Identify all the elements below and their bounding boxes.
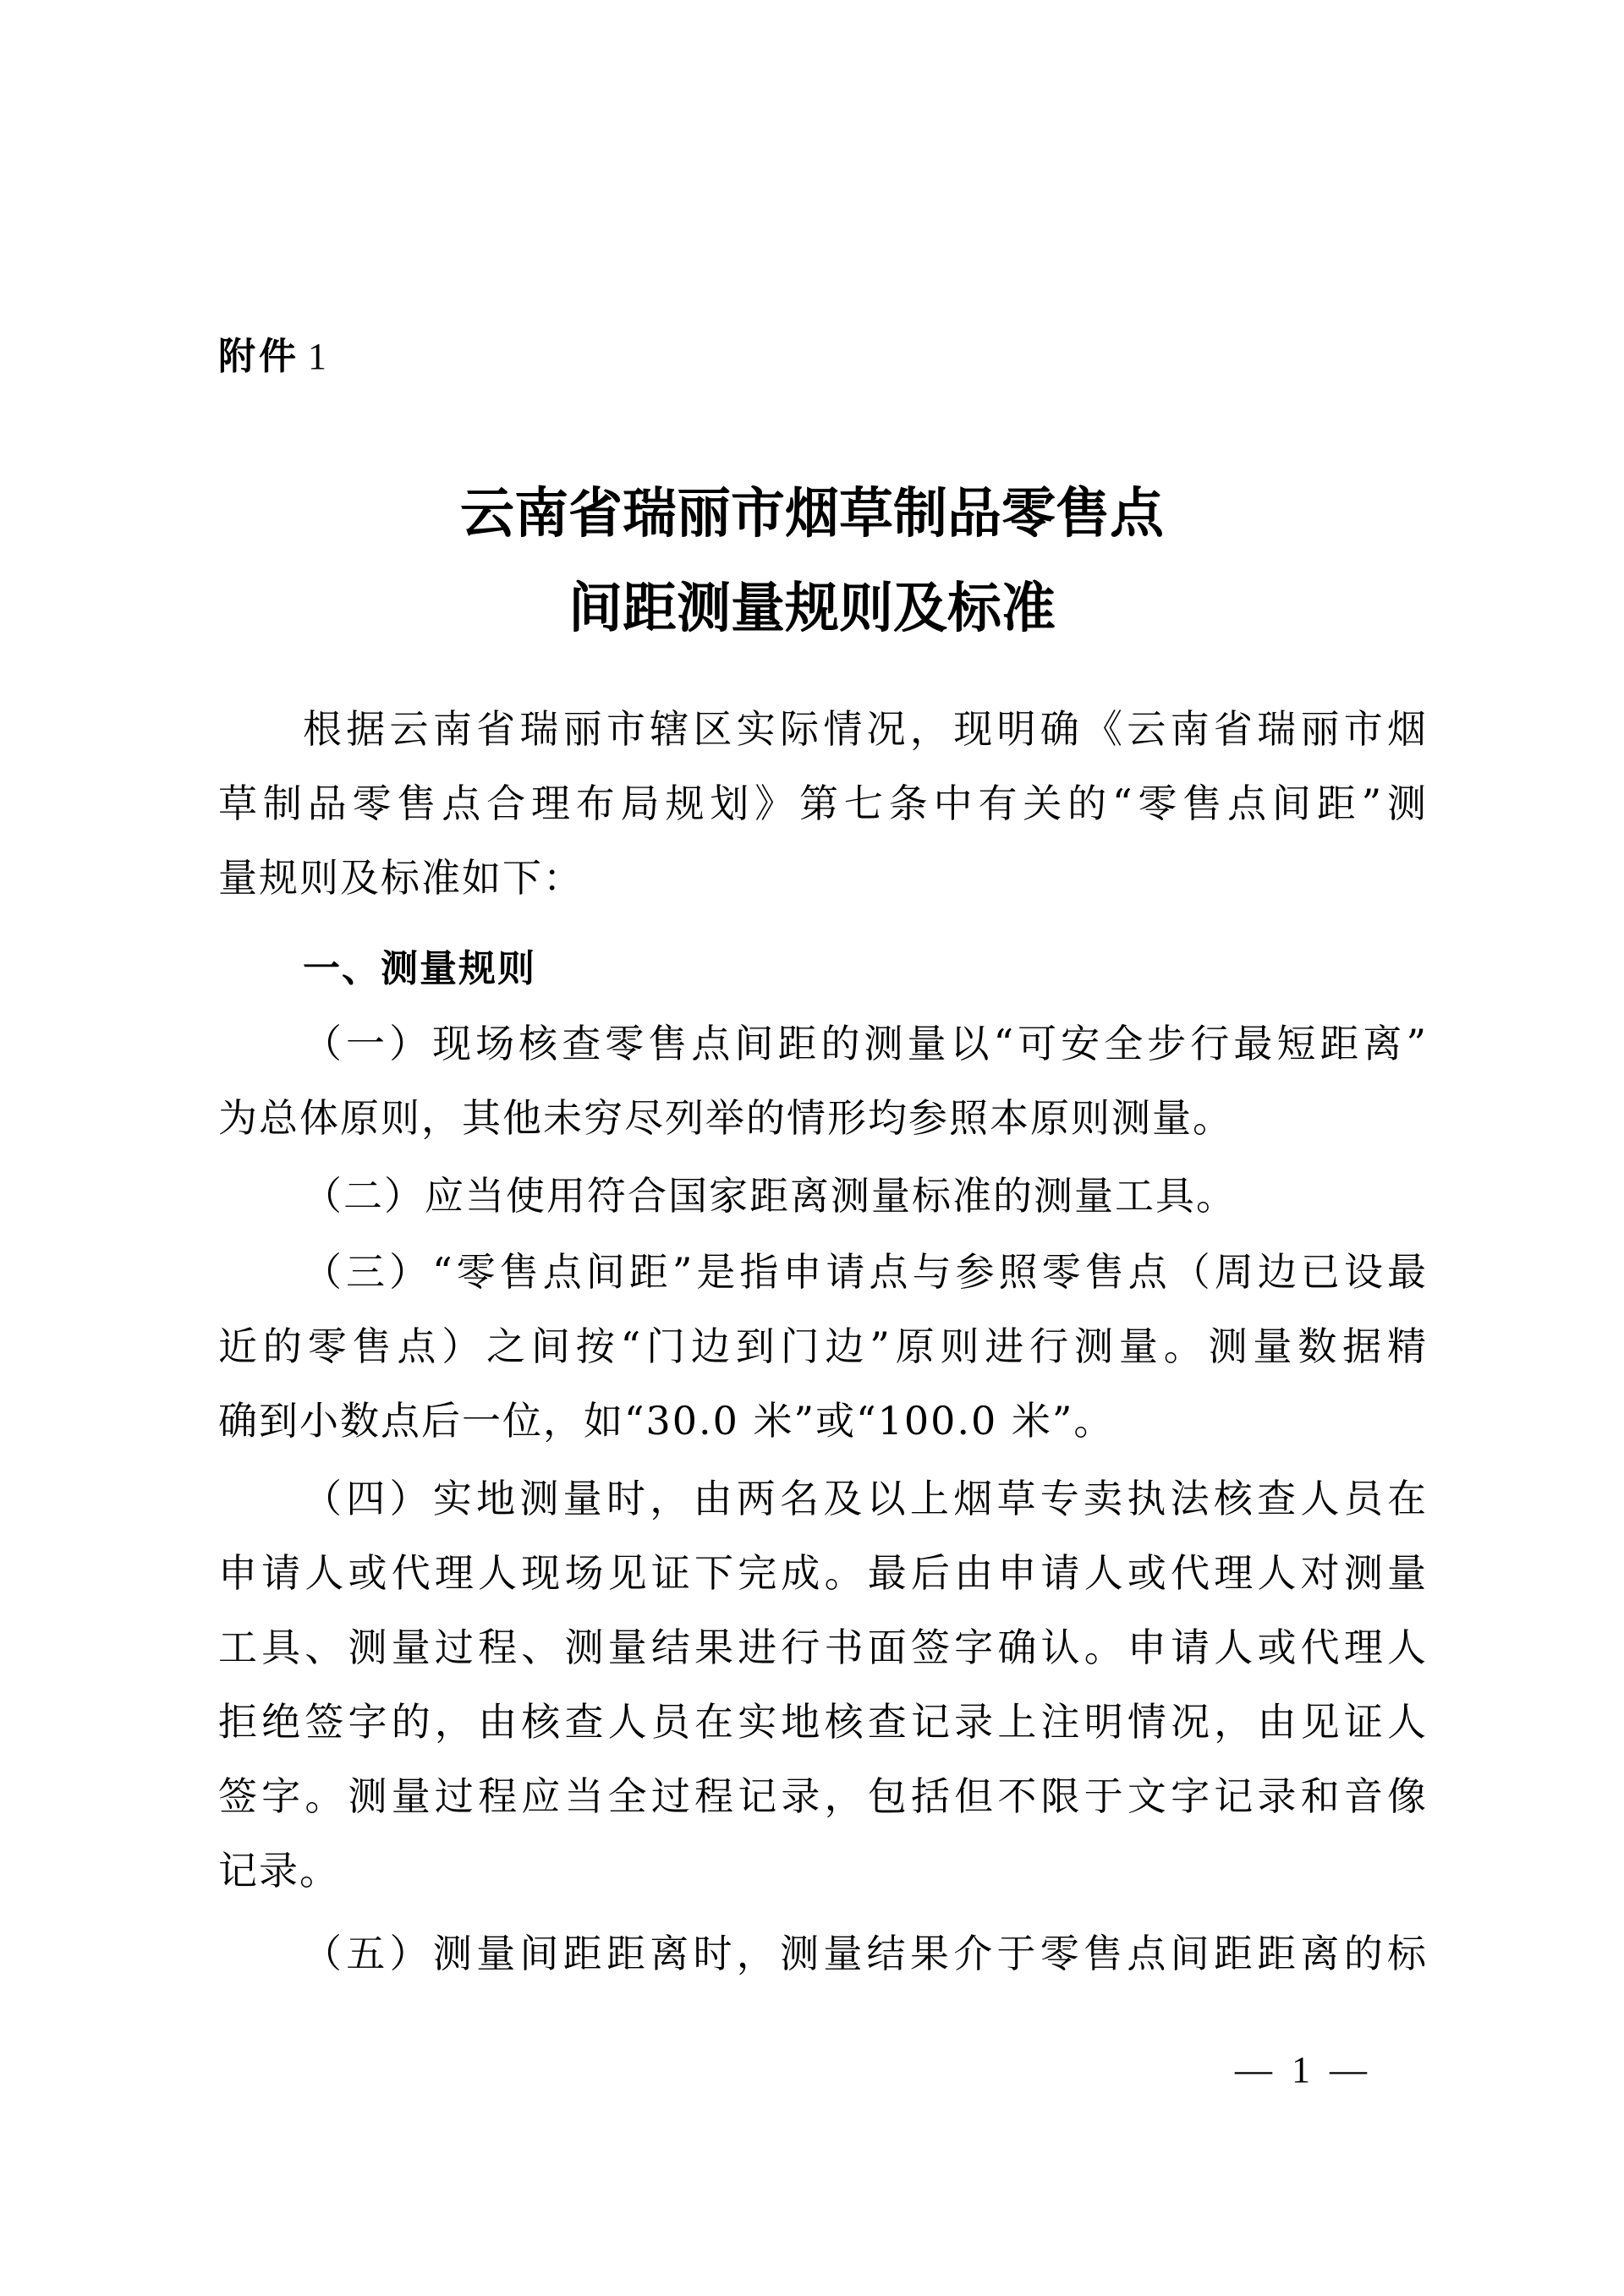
rule-item-line: 近的零售点）之间按“门边到门边”原则进行测量。测量数据精	[218, 1321, 1428, 1372]
page-number: — 1 —	[1235, 2045, 1372, 2096]
rule-item-line: （三）“零售点间距”是指申请点与参照零售点（周边已设最	[303, 1247, 1428, 1297]
attachment-label: 附件1	[218, 332, 330, 382]
rule-item-line: 确到小数点后一位，如“30.0 米”或“100.0 米”。	[218, 1395, 1428, 1446]
document-title-line-1: 云南省瑞丽市烟草制品零售点	[0, 480, 1624, 548]
section-heading: 一、测量规则	[303, 944, 536, 995]
rule-item-line: 为总体原则，其他未穷尽列举的情形均参照本原则测量。	[218, 1093, 1428, 1143]
intro-line: 草制品零售点合理布局规划》第七条中有关的“零售点间距”测	[218, 778, 1428, 829]
attachment-label-text: 附件	[218, 335, 299, 378]
rule-item-line: 记录。	[218, 1845, 1428, 1896]
rule-item-line: 拒绝签字的，由核查人员在实地核查记录上注明情况，由见证人	[218, 1696, 1428, 1747]
rule-item-line: （一）现场核查零售点间距的测量以“可安全步行最短距离”	[303, 1018, 1428, 1069]
document-title-line-2: 间距测量规则及标准	[0, 575, 1624, 643]
attachment-number: 1	[308, 336, 330, 377]
rule-item-line: （四）实地测量时，由两名及以上烟草专卖执法核查人员在	[303, 1473, 1428, 1524]
rule-item-line: 签字。测量过程应当全过程记录，包括但不限于文字记录和音像	[218, 1771, 1428, 1822]
intro-line: 根据云南省瑞丽市辖区实际情况，现明确《云南省瑞丽市烟	[303, 704, 1428, 754]
rule-item-line: 申请人或代理人现场见证下完成。最后由申请人或代理人对测量	[218, 1548, 1428, 1598]
document-page: 附件1 云南省瑞丽市烟草制品零售点 间距测量规则及标准 根据云南省瑞丽市辖区实际…	[0, 0, 1624, 2296]
intro-line: 量规则及标准如下：	[218, 852, 1428, 903]
rule-item-line: （五）测量间距距离时，测量结果介于零售点间距距离的标	[303, 1928, 1428, 1979]
rule-item-line: （二）应当使用符合国家距离测量标准的测量工具。	[303, 1170, 1428, 1221]
rule-item-line: 工具、测量过程、测量结果进行书面签字确认。申请人或代理人	[218, 1622, 1428, 1673]
